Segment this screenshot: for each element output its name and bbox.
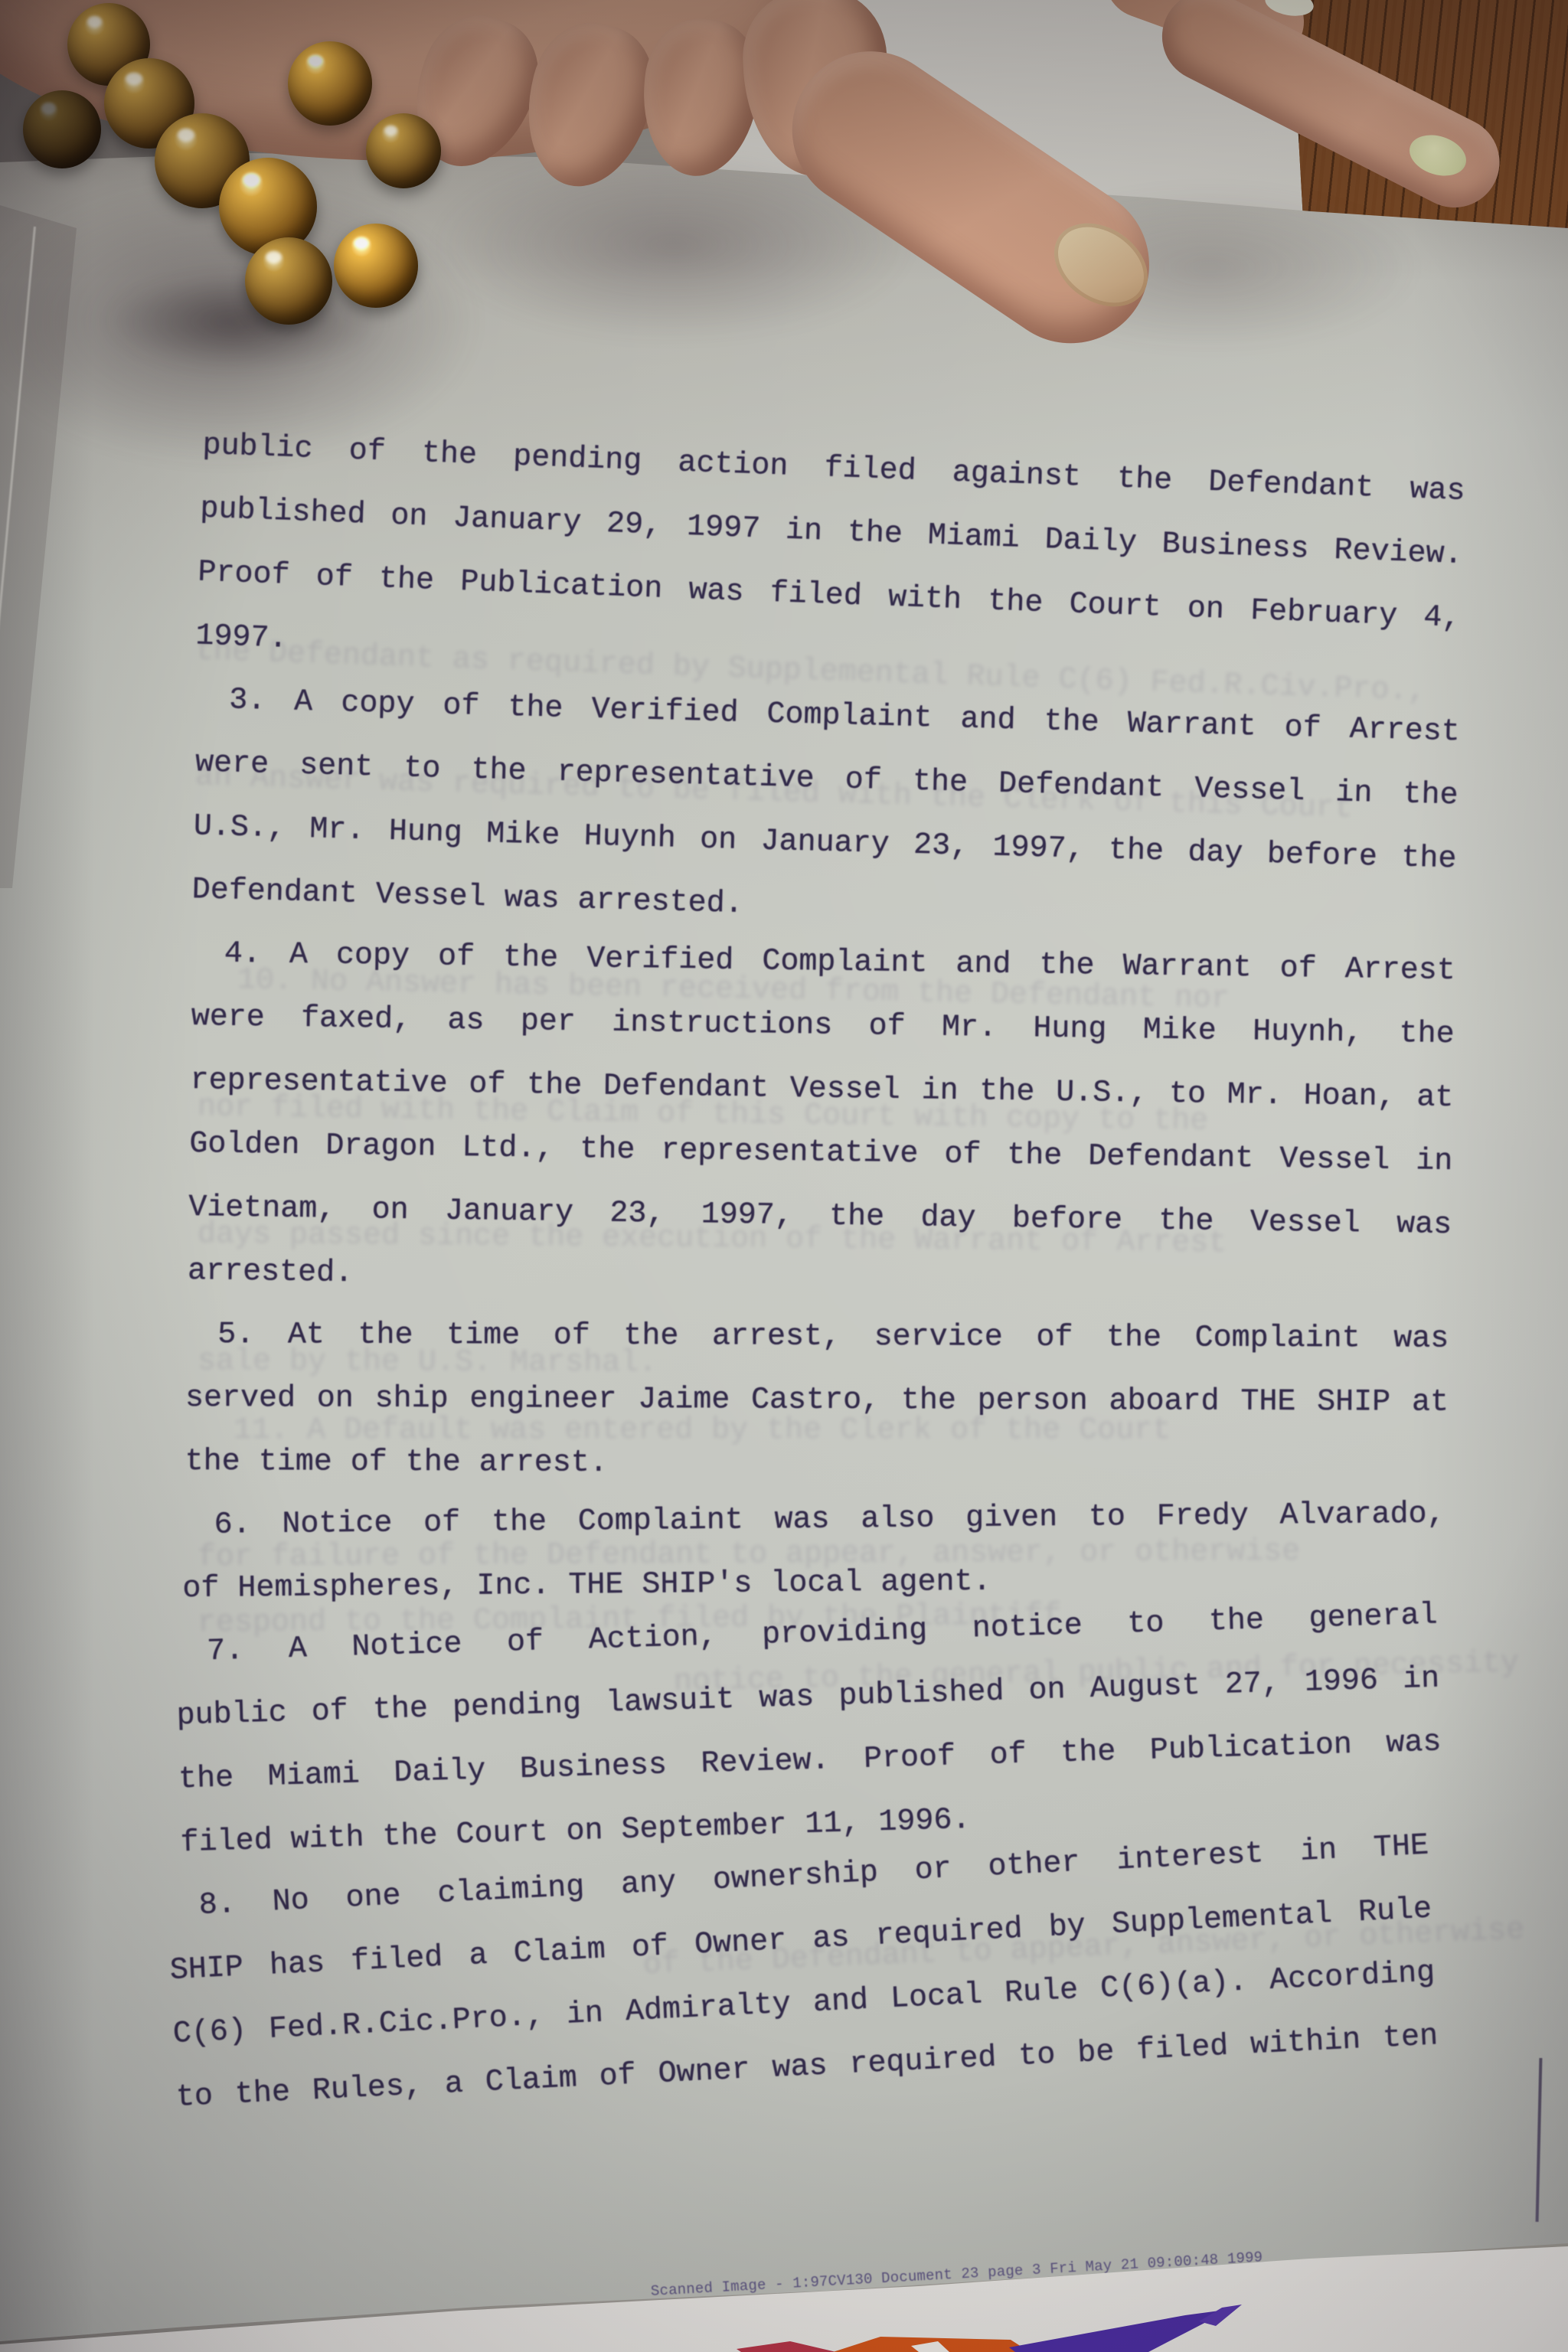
bracelet-bead <box>288 41 372 126</box>
bracelet-bead <box>23 90 101 168</box>
bracelet-bead <box>366 113 441 188</box>
bracelet-bead <box>334 224 418 308</box>
photo-of-legal-document: the Defendant as required by Supplementa… <box>0 0 1568 2352</box>
amber-bead-bracelet <box>0 0 1568 2352</box>
bracelet-bead <box>245 237 332 325</box>
